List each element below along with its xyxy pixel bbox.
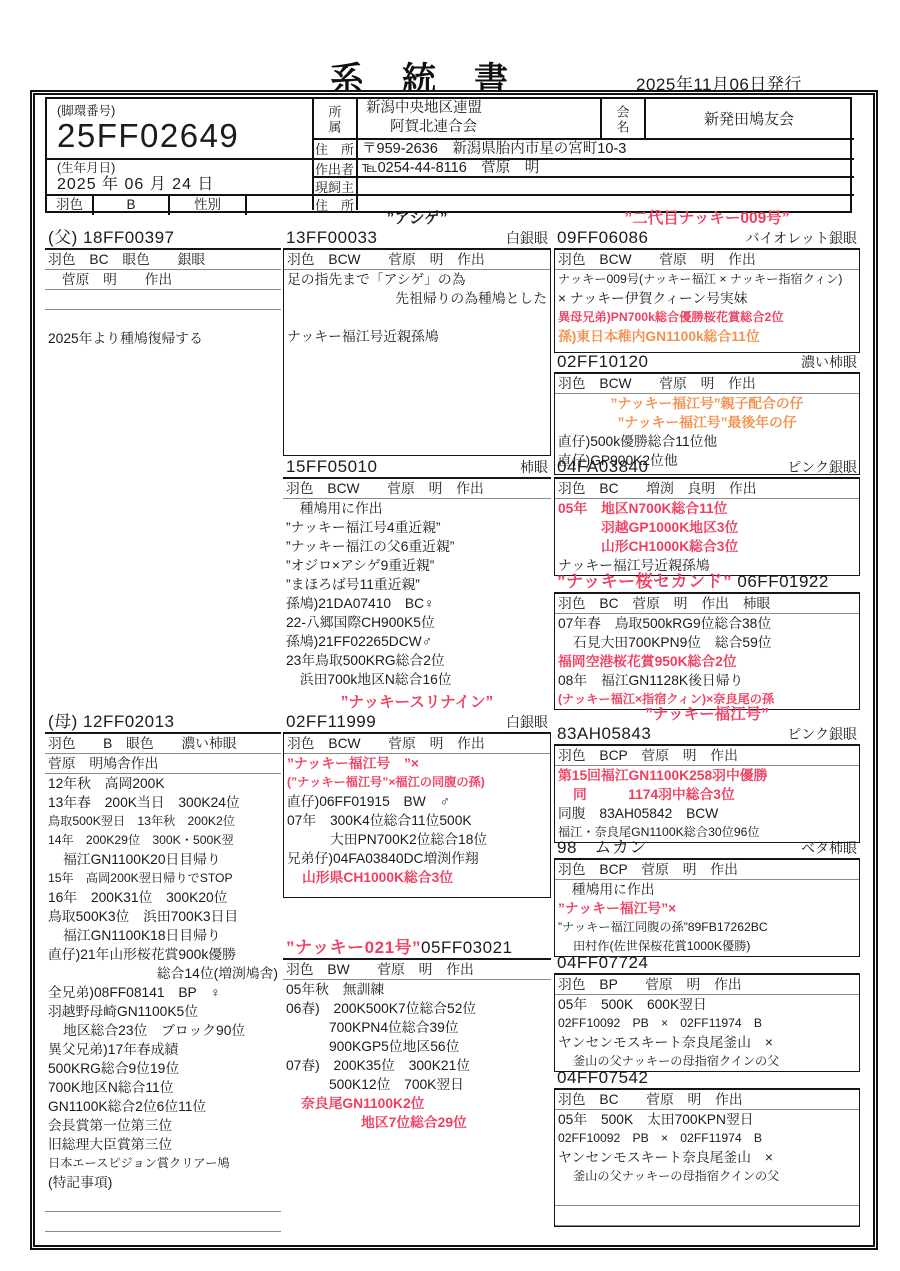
divider	[47, 194, 854, 196]
pedigree-line: GN1100K総合2位6位11位	[45, 1097, 281, 1116]
pedigree-node-mother: (母) 12FF02013羽色 B 眼色 濃い柿眼菅原 明鳩舎作出12年秋 高岡…	[45, 712, 281, 1232]
pedigree-line: 浜田700k地区N総合16位	[283, 670, 551, 689]
node-details: 羽色 BC 菅原 明 作出 柿眼07年春 鳥取500kRG9位総合38位石見大田…	[554, 594, 860, 710]
pedigree-line: 菅原 明鳩舎作出	[45, 754, 281, 774]
pedigree-line: 07年春 鳥取500kRG9位総合38位	[555, 614, 859, 633]
pedigree-line: 05年 500K 太田700KPN翌日	[555, 1110, 859, 1129]
pedigree-node-ggf2: 04FA03840ピンク銀眼羽色 BC 増渕 良明 作出05年 地区N700K総…	[554, 457, 860, 576]
pedigree-line: ”ナッキー福江号”親子配合の仔	[555, 394, 859, 413]
ring-number-line: 09FF06086バイオレット銀眼	[554, 228, 860, 250]
pedigree-node-ggf3: ”ナッキー福江号”83AH05843ピンク銀眼羽色 BCP 菅原 明 作出第15…	[554, 706, 860, 843]
pedigree-line: 05年秋 無訓練	[283, 980, 551, 999]
pedigree-line: 13年春 200K当日 300K24位	[45, 793, 281, 812]
eye-color: 白銀眼	[506, 228, 548, 248]
pedigree-node-father: (父) 18FF00397羽色 BC 眼色 銀眼 菅原 明 作出 2025年より…	[45, 228, 281, 348]
pedigree-line: 鳥取500K3位 浜田700K3日目	[45, 907, 281, 926]
feather-sex-row: 羽色 B 性別	[47, 196, 312, 215]
pedigree-line: 兄弟仔)04FA03840DC増渕作翔	[284, 849, 550, 868]
pedigree-line: 孫鳩)21DA07410 BC♀	[283, 594, 551, 613]
pedigree-line: 種鳩用に作出	[555, 880, 859, 899]
pedigree-line: 福岡空港桜花賞950K総合2位	[555, 652, 859, 671]
eye-color: 白銀眼	[506, 712, 548, 732]
pedigree-line: 02FF10092 PB × 02FF11974 B	[555, 1129, 859, 1148]
pedigree-line: 同 1174羽中総合3位	[555, 785, 859, 804]
pedigree-node-gm1: 15FF05010柿眼羽色 BCW 菅原 明 作出 種鳩用に作出”ナッキー福江号…	[283, 457, 551, 689]
node-nickname: ”二代目ナッキー009号”	[554, 210, 860, 228]
pedigree-line: 総合14位(増渕鳩舎)	[45, 964, 281, 983]
pedigree-line: 羽色 B 眼色 濃い柿眼	[45, 734, 281, 754]
pedigree-node-gm2: ”ナッキー021号”05FF03021羽色 BW 菅原 明 作出05年秋 無訓練…	[283, 938, 551, 1132]
eye-color: バイオレット銀眼	[746, 228, 857, 248]
pedigree-line: 2025年より種鳩復帰する	[45, 329, 281, 348]
node-nickname: ”ナッキー福江号”	[554, 706, 860, 724]
affiliation-line2: 阿賀北連合会	[356, 118, 600, 137]
eye-color: ピンク銀眼	[787, 457, 857, 477]
pedigree-line: 孫)東日本稚内GN1100k総合11位	[555, 327, 859, 346]
pedigree-line: 足の指先まで「アシゲ」の為	[284, 270, 550, 289]
eye-color: ベタ柿眼	[801, 838, 857, 858]
pedigree-line: 鳥取500K翌日 13年秋 200K2位	[45, 812, 281, 831]
node-details: 羽色 BCW 菅原 明 作出足の指先まで「アシゲ」の為先祖帰りの為種鳩とした ナ…	[283, 250, 551, 456]
pedigree-node-ggm3: 98 ムカンベタ柿眼羽色 BCP 菅原 明 作出 種鳩用に作出”ナッキー福江号”…	[554, 838, 860, 957]
node-details: 羽色 BP 菅原 明 作出05年 500K 600K翌日02FF10092 PB…	[554, 975, 860, 1072]
divider	[644, 99, 646, 140]
pedigree-line: ”まほろば号11重近親”	[283, 575, 551, 594]
node-details: 羽色 BC 増渕 良明 作出05年 地区N700K総合11位羽越GP1000K地…	[554, 479, 860, 576]
pedigree-line: 05年 地区N700K総合11位	[555, 499, 859, 518]
node-details: 羽色 BW 菅原 明 作出05年秋 無訓練06春) 200K500K7位総合52…	[283, 960, 551, 1132]
eye-color: 柿眼	[520, 457, 548, 477]
pedigree-line: 羽色 BCW 菅原 明 作出	[284, 250, 550, 270]
node-details: 羽色 BC 眼色 銀眼 菅原 明 作出 2025年より種鳩復帰する	[45, 250, 281, 348]
pedigree-line	[45, 310, 281, 329]
pedigree-node-ggf4: 04FF07724羽色 BP 菅原 明 作出05年 500K 600K翌日02F…	[554, 953, 860, 1072]
ring-number-line: 98 ムカンベタ柿眼	[554, 838, 860, 860]
pedigree-line: 大田PN700K2位総合18位	[284, 830, 550, 849]
affiliation-line1: 新潟中央地区連盟	[356, 99, 600, 118]
ring-number-line: 13FF00033白銀眼	[283, 228, 551, 250]
node-details: 羽色 BCW 菅原 明 作出”ナッキー福江号 ”×(”ナッキー福江号”×福江の同…	[283, 734, 551, 898]
pedigree-line: 羽色 BCP 菅原 明 作出	[555, 746, 859, 766]
info-box: (脚環番号) 25FF02649 (生年月日) 2025 年 06 月 24 日…	[45, 97, 852, 213]
pedigree-line: × ナッキー伊賀クィーン号実妹	[555, 289, 859, 308]
pedigree-line: 07年 300K4位総合11位500K	[284, 811, 550, 830]
pedigree-line: 15年 高岡200K翌日帰りでSTOP	[45, 869, 281, 888]
pedigree-line: 12年秋 高岡200K	[45, 774, 281, 793]
pedigree-line: 08年 福江GN1128K後日帰り	[555, 671, 859, 690]
pedigree-line: 福江GN1100K18日目帰り	[45, 926, 281, 945]
ring-number-cell: (脚環番号) 25FF02649	[47, 99, 312, 160]
pedigree-line: 孫鳩)21FF02265DCW♂	[283, 632, 551, 651]
pedigree-line: 第15回福江GN1100K258羽中優勝	[555, 766, 859, 785]
club-label-text: 会名	[616, 105, 629, 135]
pedigree-line: 06春) 200K500K7位総合52位	[283, 999, 551, 1018]
feather-label: 羽色	[47, 196, 94, 215]
node-details: 羽色 BCW 菅原 明 作出ナッキー009号(ナッキー福江 × ナッキー指宿クィ…	[554, 250, 860, 353]
address-value: 〒959-2636 新潟県胎内市星の宮町10-3	[356, 140, 854, 160]
pedigree-node-ggf1: ”二代目ナッキー009号”09FF06086バイオレット銀眼羽色 BCW 菅原 …	[554, 210, 860, 353]
pedigree-line: 羽色 BCW 菅原 明 作出	[555, 250, 859, 270]
pedigree-line	[45, 1192, 281, 1212]
pedigree-line: 山形CH1000K総合3位	[555, 537, 859, 556]
pedigree-line: ヤンセンモスキート奈良尾釜山 ×	[555, 1148, 859, 1167]
pedigree-line: ”ナッキー福江号 ”×	[284, 754, 550, 773]
pedigree-line: 会長賞第一位第三位	[45, 1116, 281, 1135]
pedigree-line: 直仔)21年山形桜花賞900k優勝	[45, 945, 281, 964]
pedigree-line: 14年 200K29位 300K・500K翌	[45, 831, 281, 850]
pedigree-line: 直仔)06FF01915 BW ♂	[284, 792, 550, 811]
node-nickname: ”アシゲ”	[283, 210, 551, 228]
node-details: 羽色 BCP 菅原 明 作出第15回福江GN1100K258羽中優勝同 1174…	[554, 746, 860, 843]
pedigree-line: 羽色 BCW 菅原 明 作出	[555, 374, 859, 394]
divider	[312, 176, 854, 178]
pedigree-line: 先祖帰りの為種鳩とした	[284, 289, 550, 308]
ring-number-line: (父) 18FF00397	[45, 228, 281, 250]
pedigree-line: 23年鳥取500KRG総合2位	[283, 651, 551, 670]
pedigree-line: 種鳩用に作出	[283, 499, 551, 518]
pedigree-line: 菅原 明 作出	[45, 270, 281, 290]
pedigree-line: 異父兄弟)17年春成績	[45, 1040, 281, 1059]
pedigree-line: ヤンセンモスキート奈良尾釜山 ×	[555, 1033, 859, 1052]
pedigree-line: ナッキー009号(ナッキー福江 × ナッキー指宿クィン)	[555, 270, 859, 289]
pedigree-line: 羽色 BP 菅原 明 作出	[555, 975, 859, 995]
pedigree-line: ”ナッキー福江号”最後年の仔	[555, 413, 859, 432]
pedigree-line: 羽越野母崎GN1100K5位	[45, 1002, 281, 1021]
ring-number-line: ”ナッキー桜セカンド” 06FF01922	[554, 572, 860, 594]
club-value: 新発田鳩友会	[644, 99, 854, 140]
affiliation-label-text: 所属	[328, 105, 341, 135]
pedigree-line: 奈良尾GN1100K2位	[283, 1094, 551, 1113]
pedigree-line: ”ナッキー福江号”×	[555, 899, 859, 918]
birth-date-cell: (生年月日) 2025 年 06 月 24 日	[47, 160, 312, 196]
pedigree-line	[45, 1212, 281, 1232]
pedigree-line: ”ナッキー福江同腹の孫”89FB17262BC	[555, 918, 859, 937]
pedigree-line: 日本エースピジョン賞クリアー鳩	[45, 1154, 281, 1173]
ring-number-line: (母) 12FF02013	[45, 712, 281, 734]
ring-number-line: 83AH05843ピンク銀眼	[554, 724, 860, 746]
pedigree-line: 地区7位総合29位	[283, 1113, 551, 1132]
pedigree-line	[555, 1206, 859, 1226]
pedigree-line: 500K12位 700K翌日	[283, 1075, 551, 1094]
pedigree-line: 異母兄弟)PN700k総合優勝桜花賞総合2位	[555, 308, 859, 327]
node-details: 羽色 BCP 菅原 明 作出 種鳩用に作出”ナッキー福江号”×”ナッキー福江同腹…	[554, 860, 860, 957]
node-nickname: ”ナッキースリナイン”	[283, 694, 551, 712]
sex-label: 性別	[170, 196, 247, 215]
pedigree-line: ”オジロ×アシゲ9重近親”	[283, 556, 551, 575]
pedigree-line: 16年 200K31位 300K20位	[45, 888, 281, 907]
pedigree-line: 同腹 83AH05842 BCW	[555, 804, 859, 823]
ring-number-line: 04FA03840ピンク銀眼	[554, 457, 860, 479]
divider	[47, 158, 854, 160]
pedigree-line: ナッキー福江号近親孫鳩	[284, 327, 550, 346]
pedigree-node-ggm4: 04FF07542羽色 BC 菅原 明 作出05年 500K 太田700KPN翌…	[554, 1068, 860, 1227]
birth-date-label: (生年月日)	[57, 161, 302, 176]
pedigree-line: 全兄弟)08FF08141 BP ♀	[45, 983, 281, 1002]
pedigree-line: ”ナッキー福江の父6重近親”	[283, 537, 551, 556]
divider	[312, 138, 854, 140]
node-details: 羽色 B 眼色 濃い柿眼菅原 明鳩舎作出12年秋 高岡200K13年春 200K…	[45, 734, 281, 1232]
ring-number-line: 02FF10120濃い柿眼	[554, 352, 860, 374]
pedigree-line: 900KGP5位地区56位	[283, 1037, 551, 1056]
ring-number-line: ”ナッキー021号”05FF03021	[283, 938, 551, 960]
pedigree-line: 700K地区N総合11位	[45, 1078, 281, 1097]
pedigree-node-gf1: ”アシゲ”13FF00033白銀眼羽色 BCW 菅原 明 作出足の指先まで「アシ…	[283, 210, 551, 456]
pedigree-line: 羽色 BC 増渕 良明 作出	[555, 479, 859, 499]
pedigree-line: 22-八郷国際CH900K5位	[283, 613, 551, 632]
ring-number-line: 02FF11999白銀眼	[283, 712, 551, 734]
pedigree-line: 羽色 BCW 菅原 明 作出	[284, 734, 550, 754]
pedigree-line: 福江GN1100K20日目帰り	[45, 850, 281, 869]
pedigree-line: 羽色 BCP 菅原 明 作出	[555, 860, 859, 880]
feather-value: B	[94, 196, 170, 215]
ring-number-line: 04FF07724	[554, 953, 860, 975]
pedigree-line	[45, 290, 281, 310]
pedigree-line	[284, 308, 550, 327]
pedigree-line: 羽色 BC 眼色 銀眼	[45, 250, 281, 270]
pedigree-line: 02FF10092 PB × 02FF11974 B	[555, 1014, 859, 1033]
pedigree-line: 05年 500K 600K翌日	[555, 995, 859, 1014]
pedigree-line: 羽色 BCW 菅原 明 作出	[283, 479, 551, 499]
pedigree-line: (特記事項)	[45, 1173, 281, 1192]
eye-color: 濃い柿眼	[801, 352, 857, 372]
affiliation-value: 新潟中央地区連盟 阿賀北連合会	[356, 99, 600, 140]
ring-number-value: 25FF02649	[57, 119, 302, 154]
node-details: 羽色 BCW 菅原 明 作出 種鳩用に作出”ナッキー福江号4重近親””ナッキー福…	[283, 479, 551, 689]
pedigree-line: 羽越GP1000K地区3位	[555, 518, 859, 537]
pedigree-line: ”ナッキー福江号4重近親”	[283, 518, 551, 537]
pedigree-node-ggm2: ”ナッキー桜セカンド” 06FF01922羽色 BC 菅原 明 作出 柿眼07年…	[554, 572, 860, 710]
pedigree-line: 釜山の父ナッキーの母指宿クインの父	[555, 1167, 859, 1186]
divider	[600, 99, 602, 140]
ring-number-line: 04FF07542	[554, 1068, 860, 1090]
pedigree-line: 羽色 BC 菅原 明 作出 柿眼	[555, 594, 859, 614]
club-label: 会名	[600, 99, 644, 140]
pedigree-line: 羽色 BC 菅原 明 作出	[555, 1090, 859, 1110]
birth-date-value: 2025 年 06 月 24 日	[57, 176, 302, 194]
pedigree-line: 直仔)500k優勝総合11位他	[555, 432, 859, 451]
pedigree-line	[555, 1186, 859, 1206]
node-details: 羽色 BC 菅原 明 作出05年 500K 太田700KPN翌日02FF1009…	[554, 1090, 860, 1227]
pedigree-line: 旧総理大臣賞第三位	[45, 1135, 281, 1154]
pedigree-line: 山形県CH1000K総合3位	[284, 868, 550, 887]
pedigree-line: 石見大田700KPN9位 総合59位	[555, 633, 859, 652]
eye-color: ピンク銀眼	[787, 724, 857, 744]
pedigree-line: 500KRG総合9位19位	[45, 1059, 281, 1078]
pedigree-line: 07春) 200K35位 300K21位	[283, 1056, 551, 1075]
ring-number-line: 15FF05010柿眼	[283, 457, 551, 479]
pedigree-node-gf2: ”ナッキースリナイン”02FF11999白銀眼羽色 BCW 菅原 明 作出”ナッ…	[283, 694, 551, 898]
pedigree-line: 700KPN4位総合39位	[283, 1018, 551, 1037]
pedigree-line: 羽色 BW 菅原 明 作出	[283, 960, 551, 980]
pedigree-line: 地区総合23位 ブロック90位	[45, 1021, 281, 1040]
affiliation-label: 所属	[312, 99, 356, 140]
pedigree-line: (”ナッキー福江号”×福江の同腹の孫)	[284, 773, 550, 792]
address-label: 住 所	[312, 140, 356, 160]
